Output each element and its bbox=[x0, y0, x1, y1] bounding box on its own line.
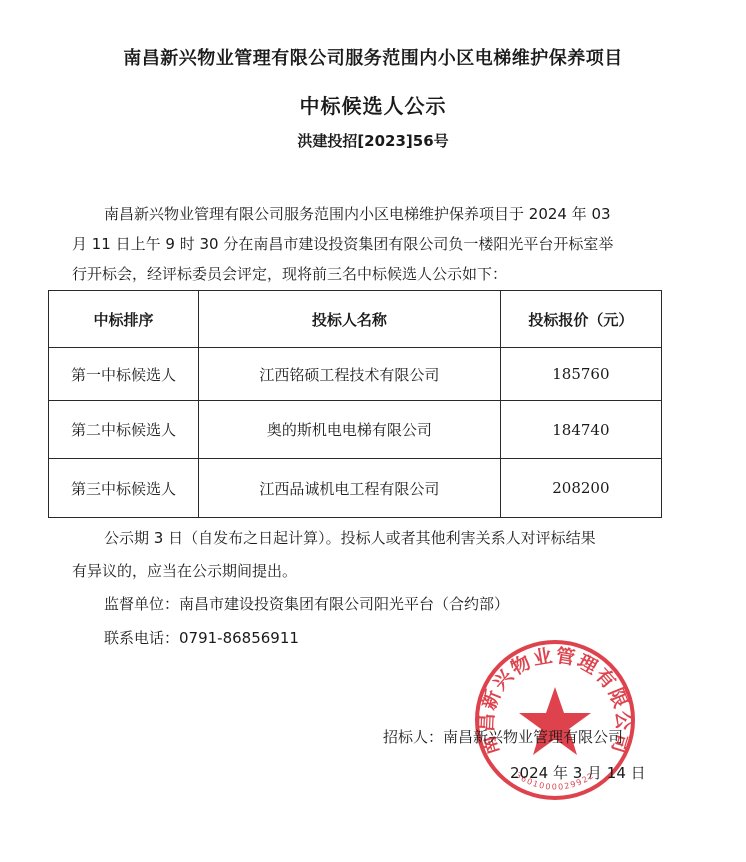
supervisor-line: 监督单位：南昌市建设投资集团有限公司阳光平台（合约部） bbox=[104, 593, 509, 614]
table-row: 第三中标候选人 江西品诚机电工程有限公司 208200 bbox=[49, 459, 662, 518]
table-header-row: 中标排序 投标人名称 投标报价（元） bbox=[49, 291, 662, 348]
cell-rank: 第二中标候选人 bbox=[49, 401, 199, 459]
notice-line-1: 公示期 3 日（自发布之日起计算）。投标人或者其他利害关系人对评标结果 bbox=[104, 527, 596, 548]
intro-line-3: 行开标会，经评标委员会评定，现将前三名中标候选人公示如下： bbox=[72, 263, 507, 284]
cell-rank: 第一中标候选人 bbox=[49, 348, 199, 401]
signature-date: 2024 年 3 月 14 日 bbox=[510, 762, 646, 783]
cell-bidder: 江西铭硕工程技术有限公司 bbox=[198, 348, 500, 401]
cell-rank: 第三中标候选人 bbox=[49, 459, 199, 518]
cell-price: 184740 bbox=[500, 401, 661, 459]
contact-line: 联系电话：0791-86856911 bbox=[104, 627, 299, 648]
document-title: 南昌新兴物业管理有限公司服务范围内小区电梯维护保养项目 bbox=[0, 44, 746, 70]
candidates-table: 中标排序 投标人名称 投标报价（元） 第一中标候选人 江西铭硕工程技术有限公司 … bbox=[48, 290, 662, 518]
table-row: 第一中标候选人 江西铭硕工程技术有限公司 185760 bbox=[49, 348, 662, 401]
document-subtitle: 中标候选人公示 bbox=[0, 90, 746, 119]
cell-price: 208200 bbox=[500, 459, 661, 518]
column-header-rank: 中标排序 bbox=[49, 291, 199, 348]
cell-bidder: 奥的斯机电电梯有限公司 bbox=[198, 401, 500, 459]
tenderer-signature: 招标人：南昌新兴物业管理有限公司 bbox=[383, 726, 623, 747]
cell-price: 185760 bbox=[500, 348, 661, 401]
intro-line-1: 南昌新兴物业管理有限公司服务范围内小区电梯维护保养项目于 2024 年 03 bbox=[104, 203, 611, 224]
cell-bidder: 江西品诚机电工程有限公司 bbox=[198, 459, 500, 518]
column-header-bidder: 投标人名称 bbox=[198, 291, 500, 348]
table-row: 第二中标候选人 奥的斯机电电梯有限公司 184740 bbox=[49, 401, 662, 459]
intro-line-2: 月 11 日上午 9 时 30 分在南昌市建设投资集团有限公司负一楼阳光平台开标… bbox=[72, 233, 613, 254]
document-number: 洪建投招[2023]56号 bbox=[0, 130, 746, 151]
column-header-price: 投标报价（元） bbox=[500, 291, 661, 348]
notice-line-2: 有异议的，应当在公示期间提出。 bbox=[72, 560, 297, 581]
